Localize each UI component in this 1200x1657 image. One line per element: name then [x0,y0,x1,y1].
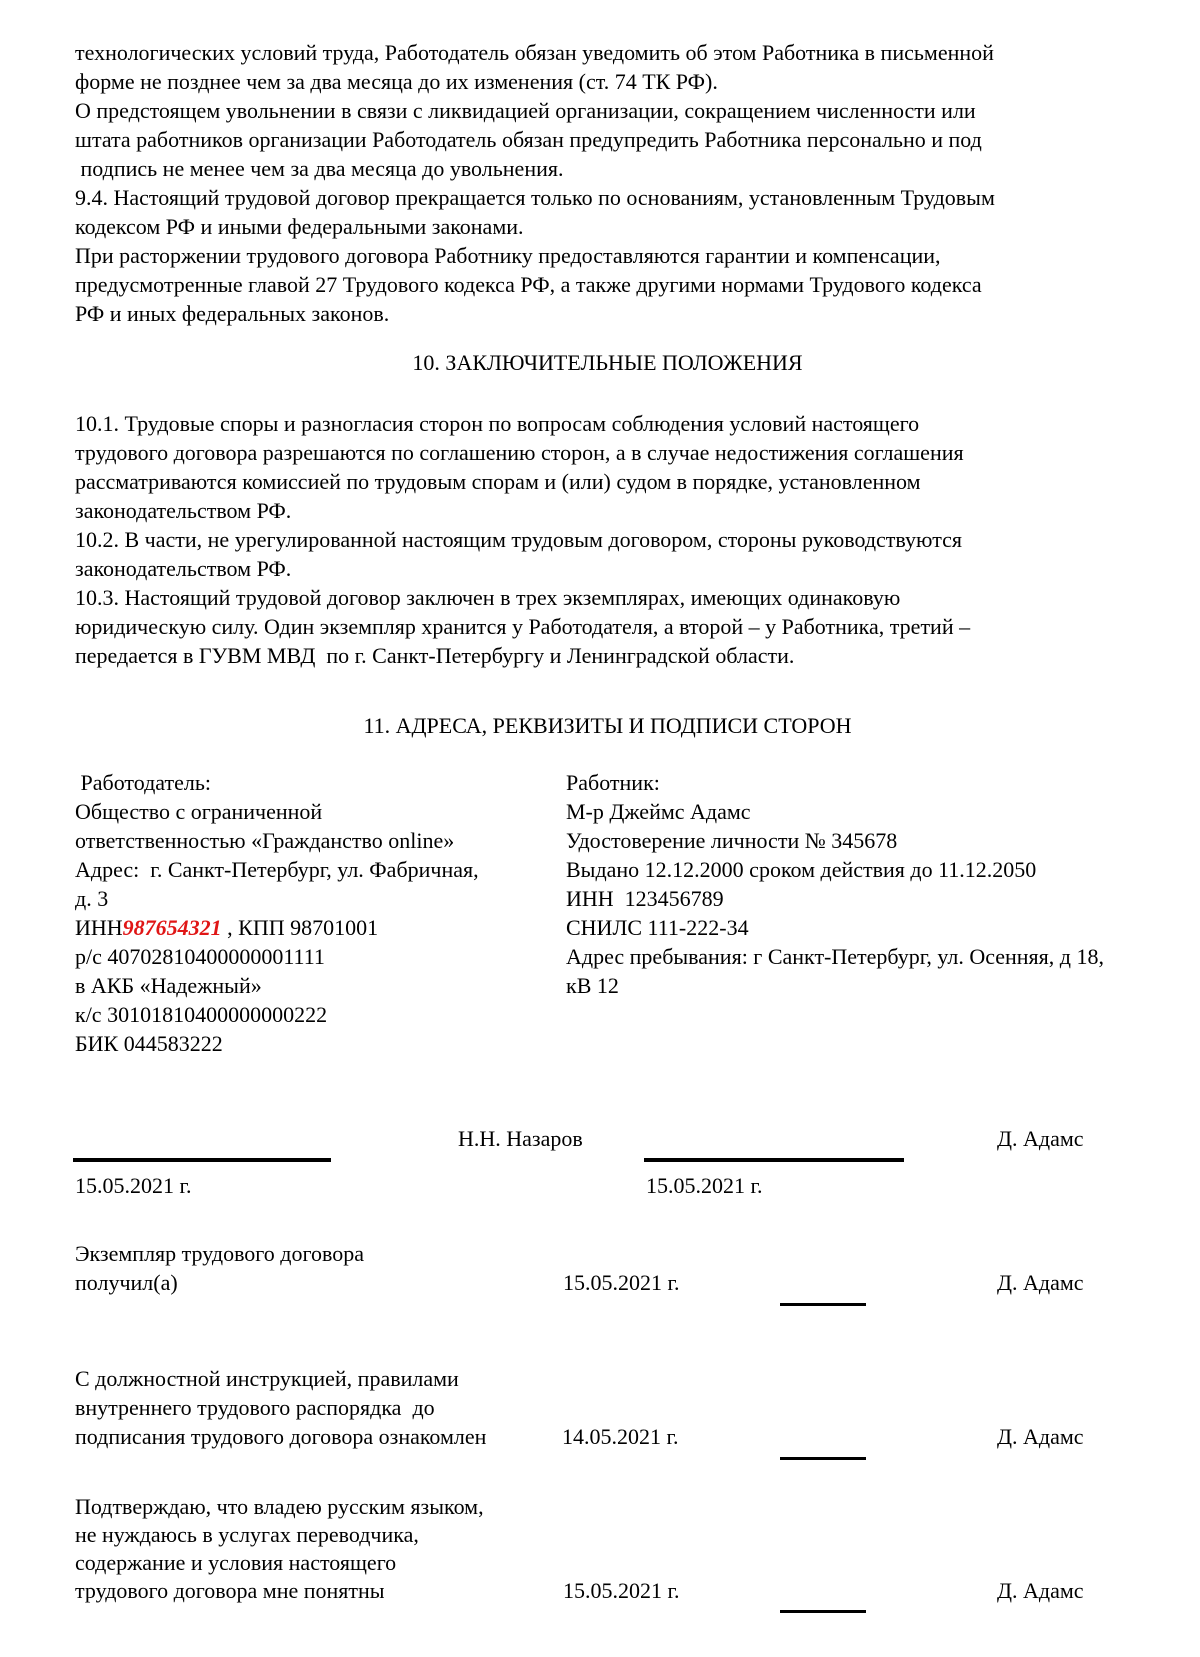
familiarization-statement-line: С должностной инструкцией, правилами [75,1364,459,1393]
employer-address-line: д. 3 [75,884,550,913]
employer-inn-label: ИНН [75,915,123,940]
worker-address-line: Адрес пребывания: г Санкт-Петербург, ул.… [566,942,1136,971]
employer-bik-line: БИК 044583222 [75,1029,550,1058]
familiarization-signatory-name: Д. Адамс [997,1422,1084,1451]
employer-inn-line: ИНН987654321 , КПП 98701001 [75,913,550,942]
worker-name-line: М-р Джеймс Адамс [566,797,1136,826]
receipt-signature-line [780,1303,866,1306]
contract-page: технологических условий труда, Работодат… [0,0,1200,1657]
language-date: 15.05.2021 г. [563,1576,680,1605]
employer-details: Работодатель: Общество с ограниченной от… [75,768,550,1058]
employer-company-line: ответственностью «Гражданство online» [75,826,550,855]
employer-inn-value: 987654321 [123,915,222,940]
employer-kpp: , КПП 98701001 [222,915,378,940]
worker-details: Работник: М-р Джеймс Адамс Удостоверение… [566,768,1136,1000]
language-signature-line [780,1610,866,1613]
employer-account-line: р/с 40702810400000001111 [75,942,550,971]
employer-signature-date: 15.05.2021 г. [75,1171,192,1200]
language-statement-line: Подтверждаю, что владею русским языком, [75,1492,484,1521]
employer-company-line: Общество с ограниченной [75,797,550,826]
language-statement-line: не нуждаюсь в услугах переводчика, [75,1520,419,1549]
worker-snils-line: СНИЛС 111-222-34 [566,913,1136,942]
language-statement-line: содержание и условия настоящего [75,1548,396,1577]
worker-signature-date: 15.05.2021 г. [646,1171,763,1200]
receipt-statement-line: Экземпляр трудового договора [75,1239,364,1268]
receipt-signatory-name: Д. Адамс [997,1268,1084,1297]
employer-corr-account-line: к/с 30101810400000000222 [75,1000,550,1029]
worker-signatory-name: Д. Адамс [997,1124,1084,1153]
worker-address-line: кВ 12 [566,971,1136,1000]
language-signatory-name: Д. Адамс [997,1576,1084,1605]
familiarization-date: 14.05.2021 г. [562,1422,679,1451]
employer-address-line: Адрес: г. Санкт-Петербург, ул. Фабричная… [75,855,550,884]
employer-label: Работодатель: [75,768,550,797]
employer-signatory-name: Н.Н. Назаров [458,1124,583,1153]
receipt-statement-line: получил(а) [75,1268,178,1297]
requisites-and-signatures-layer: Работодатель: Общество с ограниченной от… [0,0,1200,1657]
worker-signature-line [644,1158,904,1162]
worker-id-line: Удостоверение личности № 345678 [566,826,1136,855]
familiarization-statement-line: внутреннего трудового распорядка до [75,1393,435,1422]
employer-signature-line [73,1158,331,1162]
employer-bank-line: в АКБ «Надежный» [75,971,550,1000]
familiarization-signature-line [780,1457,866,1460]
language-statement-line: трудового договора мне понятны [75,1576,385,1605]
worker-inn-line: ИНН 123456789 [566,884,1136,913]
receipt-date: 15.05.2021 г. [563,1268,680,1297]
worker-id-validity-line: Выдано 12.12.2000 сроком действия до 11.… [566,855,1136,884]
worker-label: Работник: [566,768,1136,797]
familiarization-statement-line: подписания трудового договора ознакомлен [75,1422,486,1451]
